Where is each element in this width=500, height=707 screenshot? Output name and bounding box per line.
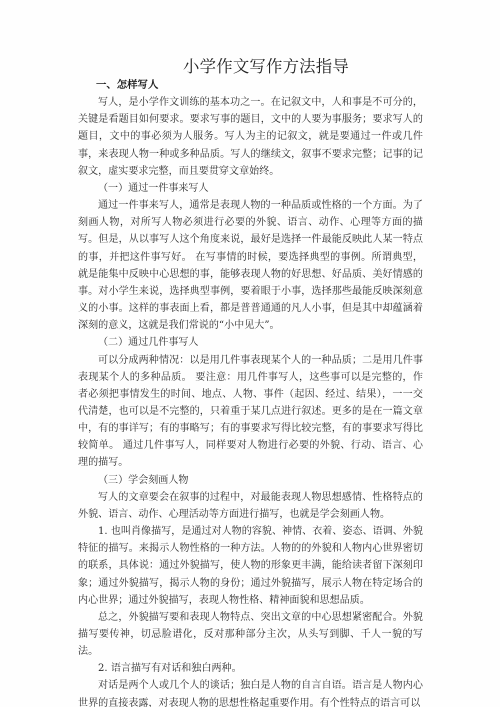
document-body: 一、怎样写人 写人，是小学作文训练的基本功之一。在记叙文中，人和事是不可分的，关…: [78, 77, 423, 707]
paragraph-several-events: 可以分成两种情况：以是用几件事表现某个人的一种品质；二是用几件事表现某个人的多种…: [78, 352, 423, 472]
section-heading: 一、怎样写人: [78, 77, 423, 94]
paragraph-language-heading: 2. 语言描写有对话和独白两种。: [78, 660, 423, 677]
paragraph-appearance-summary: 总之，外貌描写要和表现人物特点、突出文章的中心思想紧密配合。外貌描写要传神，切忌…: [78, 609, 423, 660]
document-title: 小学作文写作方法指导: [0, 57, 500, 77]
paragraph-portray-intro: 写人的文章要会在叙事的过程中，对最能表现人物思想感情、性格特点的外貌、语言、动作…: [78, 489, 423, 523]
subheading-portray-characters: （三）学会刻画人物: [78, 472, 423, 489]
paragraph-appearance: 1. 也叫肖像描写，是通过对人物的容貌、神情、衣着、姿态、语调、外貌特征的描写。…: [78, 523, 423, 609]
paragraph-one-event: 通过一件事来写人，通常是表现人物的一种品质或性格的一个方面。为了刻画人物，对所写…: [78, 197, 423, 334]
paragraph-intro: 写人，是小学作文训练的基本功之一。在记叙文中，人和事是不可分的，关键是看题目如何…: [78, 94, 423, 180]
subheading-one-event: （一）通过一件事来写人: [78, 180, 423, 197]
subheading-several-events: （二）通过几件事写人: [78, 334, 423, 351]
paragraph-dialogue: 对话是两个人或几个人的谈话；独白是人物的自言自语。语言是人物内心世界的直接表露，…: [78, 677, 423, 707]
document-page: 小学作文写作方法指导 一、怎样写人 写人，是小学作文训练的基本功之一。在记叙文中…: [0, 0, 500, 707]
